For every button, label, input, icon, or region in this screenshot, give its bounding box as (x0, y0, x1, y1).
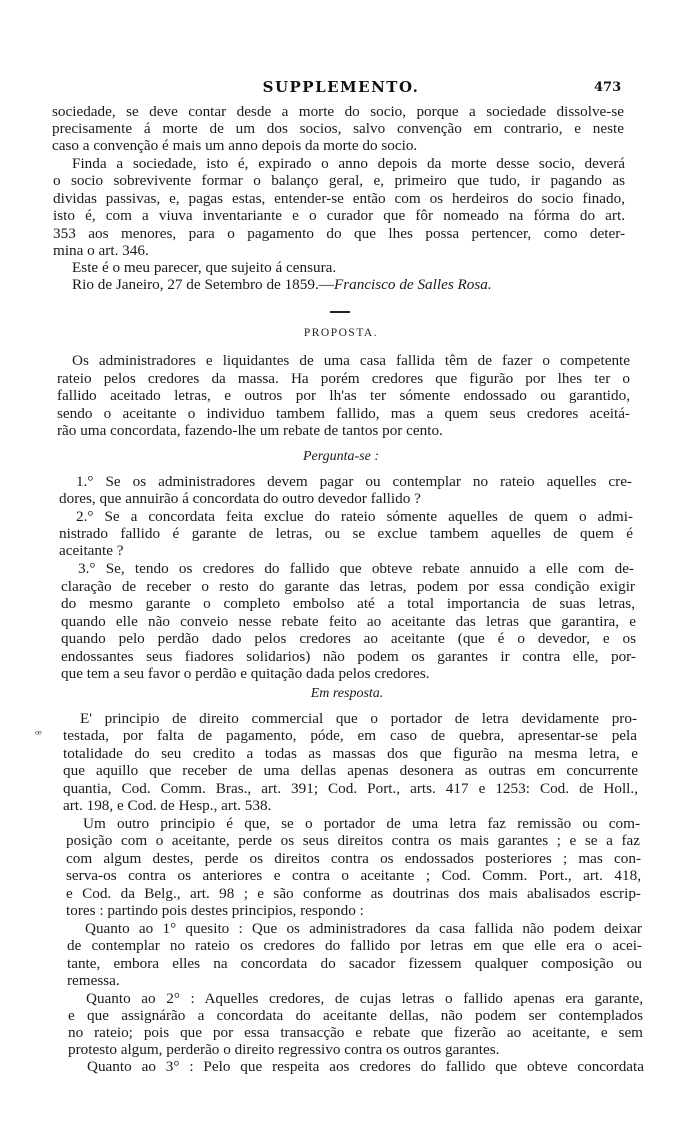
text-line: quando pelo perdão dado pelos credores a… (61, 630, 636, 647)
text-line: Quanto ao 1° quesito : Que os administra… (85, 920, 642, 937)
text-line: serva-os contra os anteriores e contra o… (66, 867, 641, 884)
signature-name: Francisco de Salles Rosa. (334, 276, 492, 293)
text-line: que aquillo que receber de uma dellas ap… (63, 762, 638, 779)
text-line: tante, embora elles na concordata do sac… (67, 955, 642, 972)
text-line: rão uma concordata, fazendo-lhe um rebat… (57, 422, 630, 439)
text-line: art. 198, e Cod. de Hesp., art. 538. (63, 797, 638, 814)
text-line: aceitante ? (59, 542, 633, 559)
text-line: e Cod. da Belg., art. 98 ; e são conform… (66, 885, 641, 902)
text-line: nistrado fallido é garante de letras, ou… (59, 525, 633, 542)
text-line: claração de receber o resto do garante d… (61, 578, 635, 595)
text-line: sociedade, se deve contar desde a morte … (52, 103, 624, 120)
text-line: testada, por falta de pagamento, póde, e… (63, 727, 637, 744)
text-line: remessa. (67, 972, 642, 989)
text-line: totalidade do seu credito a todas as mas… (63, 745, 638, 762)
text-line: caso a convenção é mais um anno depois d… (52, 137, 624, 154)
section-heading-proposta: PROPOSTA. (0, 327, 682, 339)
margin-annotation-mark: ꟹ (35, 728, 42, 741)
text-line: protesto algum, perderão o direito regre… (68, 1041, 643, 1058)
signature-place-date: Rio de Janeiro, 27 de Setembro de 1859.— (72, 276, 334, 293)
text-line: 353 aos menores, para o pagamento do que… (53, 225, 625, 242)
text-line: 1.° Se os administradores devem pagar ou… (76, 473, 632, 490)
text-line: fallido aceitado letras, e outros por lh… (57, 387, 630, 404)
text-line: tores : partindo pois destes principios,… (66, 902, 641, 919)
text-line: do mesmo garante o completo embolso até … (61, 595, 635, 612)
section-heading-pergunta: Pergunta-se : (0, 449, 682, 465)
text-line: rateio pelos credores da massa. Ha porém… (57, 370, 630, 387)
page-number: 473 (594, 80, 621, 95)
text-line: de contemplar no rateio os credores do f… (67, 937, 642, 954)
running-header-title: SUPPLEMENTO. (0, 78, 682, 96)
text-line: quantia, Cod. Comm. Bras., art. 391; Cod… (63, 780, 638, 797)
text-line: com algum destes, perde os direitos cont… (66, 850, 641, 867)
text-line: Quanto ao 3° : Pelo que respeita aos cre… (87, 1058, 644, 1075)
signature-line: Rio de Janeiro, 27 de Setembro de 1859.—… (72, 276, 625, 293)
text-line: precisamente á morte de um dos socios, s… (52, 120, 624, 137)
text-line: no rateio; pois que por essa transacção … (68, 1024, 643, 1041)
text-line: 2.° Se a concordata feita exclue do rate… (76, 508, 633, 525)
document-page: SUPPLEMENTO. 473 sociedade, se deve cont… (0, 0, 682, 1129)
text-line: sendo o aceitante o individuo tambem fal… (57, 405, 630, 422)
text-line: posição com o aceitante, perde os seus d… (66, 832, 640, 849)
text-line: quando elle não conveio nesse rebate fei… (61, 613, 636, 630)
text-line: E' principio de direito commercial que o… (80, 710, 637, 727)
text-line: que tem a seu favor o perdão e quitação … (61, 665, 636, 682)
section-heading-resposta: Em resposta. (6, 686, 682, 702)
text-line: 3.° Se, tendo os credores do fallido que… (78, 560, 634, 577)
text-line: dividas passivas, e, pagas estas, entend… (53, 190, 625, 207)
text-line: e que assignárão a concordata do aceitan… (68, 1007, 643, 1024)
text-line: Quanto ao 2° : Aquelles credores, de cuj… (86, 990, 643, 1007)
text-line: Os administradores e liquidantes de uma … (72, 352, 630, 369)
text-line: Finda a sociedade, isto é, expirado o an… (72, 155, 625, 172)
text-line: Um outro principio é que, se o portador … (83, 815, 640, 832)
text-line: dores, que annuirão á concordata do outr… (59, 490, 632, 507)
section-divider-rule (330, 311, 350, 313)
text-line: endossantes seus fiadores solidarios) nã… (61, 648, 636, 665)
text-line: mina o art. 346. (53, 242, 625, 259)
text-line: o socio sobrevivente formar o balanço ge… (53, 172, 625, 189)
text-line: Este é o meu parecer, que sujeito á cens… (72, 259, 625, 276)
text-line: isto é, com a viuva inventariante e o cu… (53, 207, 625, 224)
